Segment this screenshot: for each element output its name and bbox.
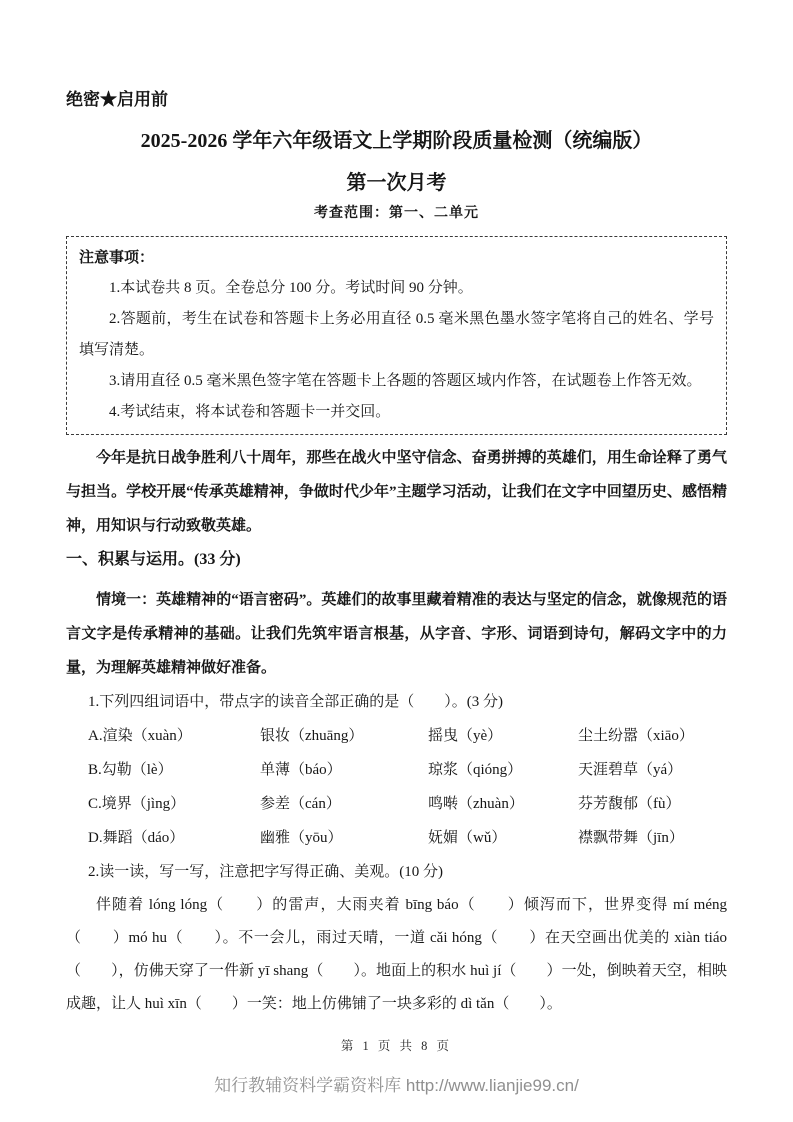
question-1-stem: 1.下列四组词语中，带点字的读音全部正确的是（ ）。(3 分) xyxy=(66,685,727,719)
question-1-options: A.渲染（xuàn） 银妆（zhuāng） 摇曳（yè） 尘土纷嚣（xiāo） … xyxy=(88,719,727,855)
option-cell-b3: 琼浆（qióng） xyxy=(428,753,578,787)
question-2-passage: 伴随着 lóng lóng（ ）的雷声，大雨夹着 bīng báo（ ）倾泻而下… xyxy=(66,889,727,1021)
notice-box: 注意事项： 1.本试卷共 8 页。全卷总分 100 分。考试时间 90 分钟。 … xyxy=(66,236,727,435)
notice-item: 2.答题前，考生在试卷和答题卡上务必用直径 0.5 毫米黑色墨水签字笔将自己的姓… xyxy=(79,304,714,366)
option-cell-d1: D.舞蹈（dáo） xyxy=(88,821,260,855)
watermark-source-link: 知行教辅资料学霸资料库 http://www.lianjie99.cn/ xyxy=(0,1071,793,1096)
option-cell-c1: C.境界（jìng） xyxy=(88,787,260,821)
scenario-1-paragraph: 情境一：英雄精神的“语言密码”。英雄们的故事里藏着精准的表达与坚定的信念，就像规… xyxy=(66,583,727,685)
notice-item: 1.本试卷共 8 页。全卷总分 100 分。考试时间 90 分钟。 xyxy=(79,273,714,304)
option-cell-d4: 襟飘带舞（jīn） xyxy=(578,821,727,855)
page-title: 2025-2026 学年六年级语文上学期阶段质量检测（统编版） xyxy=(66,128,727,154)
option-cell-a3: 摇曳（yè） xyxy=(428,719,578,753)
exam-subtitle: 第一次月考 xyxy=(66,170,727,196)
option-cell-a1: A.渲染（xuàn） xyxy=(88,719,260,753)
exam-paper-page: 绝密★启用前 2025-2026 学年六年级语文上学期阶段质量检测（统编版） 第… xyxy=(0,0,793,1122)
section-1-heading: 一、积累与运用。(33 分) xyxy=(66,543,727,577)
notice-item: 4.考试结束，将本试卷和答题卡一并交回。 xyxy=(79,397,714,428)
notice-heading: 注意事项： xyxy=(79,243,714,273)
option-cell-a2: 银妆（zhuāng） xyxy=(260,719,428,753)
option-cell-d3: 妩媚（wǔ） xyxy=(428,821,578,855)
notice-item: 3.请用直径 0.5 毫米黑色签字笔在答题卡上各题的答题区域内作答，在试题卷上作… xyxy=(79,366,714,397)
option-cell-c2: 参差（cán） xyxy=(260,787,428,821)
classification-label: 绝密★启用前 xyxy=(66,90,727,110)
question-2-stem: 2.读一读，写一写，注意把字写得正确、美观。(10 分) xyxy=(66,855,727,889)
option-cell-b4: 天涯碧草（yá） xyxy=(578,753,727,787)
option-cell-d2: 幽雅（yōu） xyxy=(260,821,428,855)
option-cell-b1: B.勾勒（lè） xyxy=(88,753,260,787)
option-cell-c3: 鸣啭（zhuàn） xyxy=(428,787,578,821)
option-cell-b2: 单薄（báo） xyxy=(260,753,428,787)
intro-paragraph: 今年是抗日战争胜利八十周年，那些在战火中坚守信念、奋勇拼搏的英雄们，用生命诠释了… xyxy=(66,441,727,543)
option-cell-a4: 尘土纷嚣（xiāo） xyxy=(578,719,727,753)
page-number-indicator: 第 1 页 共 8 页 xyxy=(0,1036,793,1054)
exam-scope: 考查范围：第一、二单元 xyxy=(66,204,727,224)
option-cell-c4: 芬芳馥郁（fù） xyxy=(578,787,727,821)
